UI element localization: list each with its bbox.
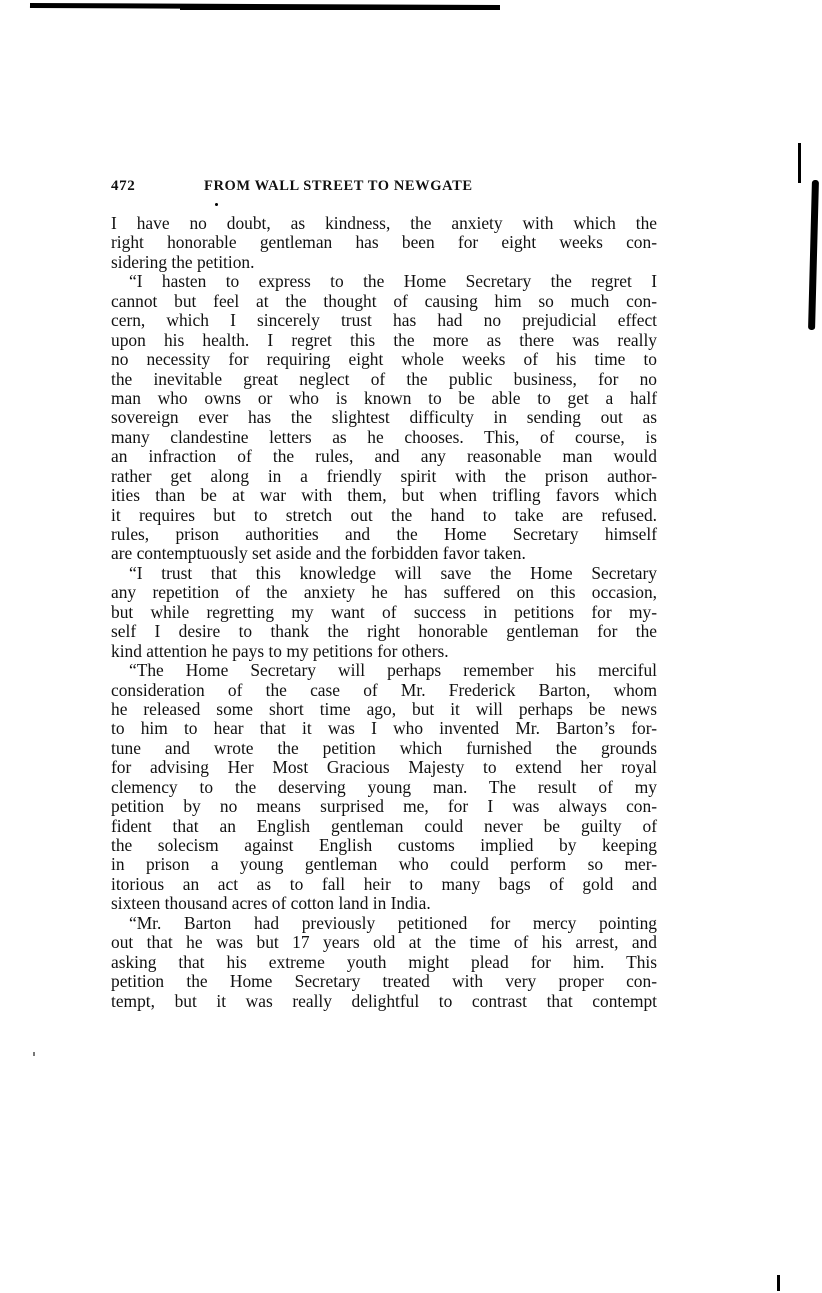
text-line: right honorable gentleman has been for e… <box>111 233 657 252</box>
text-line: fident that an English gentleman could n… <box>111 817 657 836</box>
text-line: it requires but to stretch out the hand … <box>111 506 657 525</box>
text-line: out that he was but 17 years old at the … <box>111 933 657 952</box>
book-page: 472 FROM WALL STREET TO NEWGATE I have n… <box>111 178 657 1011</box>
text-line: any repetition of the anxiety he has suf… <box>111 583 657 602</box>
paragraph: “Mr. Barton had previously petitioned fo… <box>111 914 657 1011</box>
text-line: upon his health. I regret this the more … <box>111 331 657 350</box>
text-line: tune and wrote the petition which furnis… <box>111 739 657 758</box>
page-number: 472 <box>111 178 204 195</box>
text-line: consideration of the case of Mr. Frederi… <box>111 681 657 700</box>
text-line: clemency to the deserving young man. The… <box>111 778 657 797</box>
running-title: FROM WALL STREET TO NEWGATE <box>204 178 657 195</box>
paragraph: “I hasten to express to the Home Secreta… <box>111 272 657 564</box>
text-line: kind attention he pays to my petitions f… <box>111 642 657 661</box>
text-line: self I desire to thank the right honorab… <box>111 622 657 641</box>
top-edge-scan-rule-thin <box>180 8 500 10</box>
text-line: cannot but feel at the thought of causin… <box>111 292 657 311</box>
text-line: petition the Home Secretary treated with… <box>111 972 657 991</box>
scan-speck <box>33 1052 35 1056</box>
text-line: sixteen thousand acres of cotton land in… <box>111 894 657 913</box>
text-line: for advising Her Most Gracious Majesty t… <box>111 758 657 777</box>
text-line: the inevitable great neglect of the publ… <box>111 370 657 389</box>
text-line: tempt, but it was really delightful to c… <box>111 992 657 1011</box>
text-line: man who owns or who is known to be able … <box>111 389 657 408</box>
text-line: asking that his extreme youth might plea… <box>111 953 657 972</box>
scan-artifact-mark-bottom <box>777 1275 780 1291</box>
body-text: I have no doubt, as kindness, the anxiet… <box>111 214 657 1011</box>
text-line: sidering the petition. <box>111 253 657 272</box>
scan-artifact-bar <box>808 180 819 330</box>
paragraph: “I trust that this knowledge will save t… <box>111 564 657 661</box>
text-line: ities than be at war with them, but when… <box>111 486 657 505</box>
text-line: “The Home Secretary will perhaps remembe… <box>111 661 657 680</box>
text-line: an infraction of the rules, and any reas… <box>111 447 657 466</box>
text-line: the solecism against English customs imp… <box>111 836 657 855</box>
running-header: 472 FROM WALL STREET TO NEWGATE <box>111 178 657 200</box>
text-line: are contemptuously set aside and the for… <box>111 544 657 563</box>
text-line: no necessity for requiring eight whole w… <box>111 350 657 369</box>
text-line: to him to hear that it was I who invente… <box>111 719 657 738</box>
text-line: itorious an act as to fall heir to many … <box>111 875 657 894</box>
scan-artifact-mark <box>798 143 801 183</box>
text-line: petition by no means surprised me, for I… <box>111 797 657 816</box>
text-line: many clandestine letters as he chooses. … <box>111 428 657 447</box>
text-line: but while regretting my want of success … <box>111 603 657 622</box>
stray-dot <box>111 200 657 214</box>
text-line: I have no doubt, as kindness, the anxiet… <box>111 214 657 233</box>
text-line: rules, prison authorities and the Home S… <box>111 525 657 544</box>
text-line: “Mr. Barton had previously petitioned fo… <box>111 914 657 933</box>
text-line: “I trust that this knowledge will save t… <box>111 564 657 583</box>
paragraph: “The Home Secretary will perhaps remembe… <box>111 661 657 914</box>
text-line: in prison a young gentleman who could pe… <box>111 855 657 874</box>
text-line: rather get along in a friendly spirit wi… <box>111 467 657 486</box>
text-line: “I hasten to express to the Home Secreta… <box>111 272 657 291</box>
text-line: cern, which I sincerely trust has had no… <box>111 311 657 330</box>
text-line: he released some short time ago, but it … <box>111 700 657 719</box>
paragraph: I have no doubt, as kindness, the anxiet… <box>111 214 657 272</box>
text-line: sovereign ever has the slightest difficu… <box>111 408 657 427</box>
